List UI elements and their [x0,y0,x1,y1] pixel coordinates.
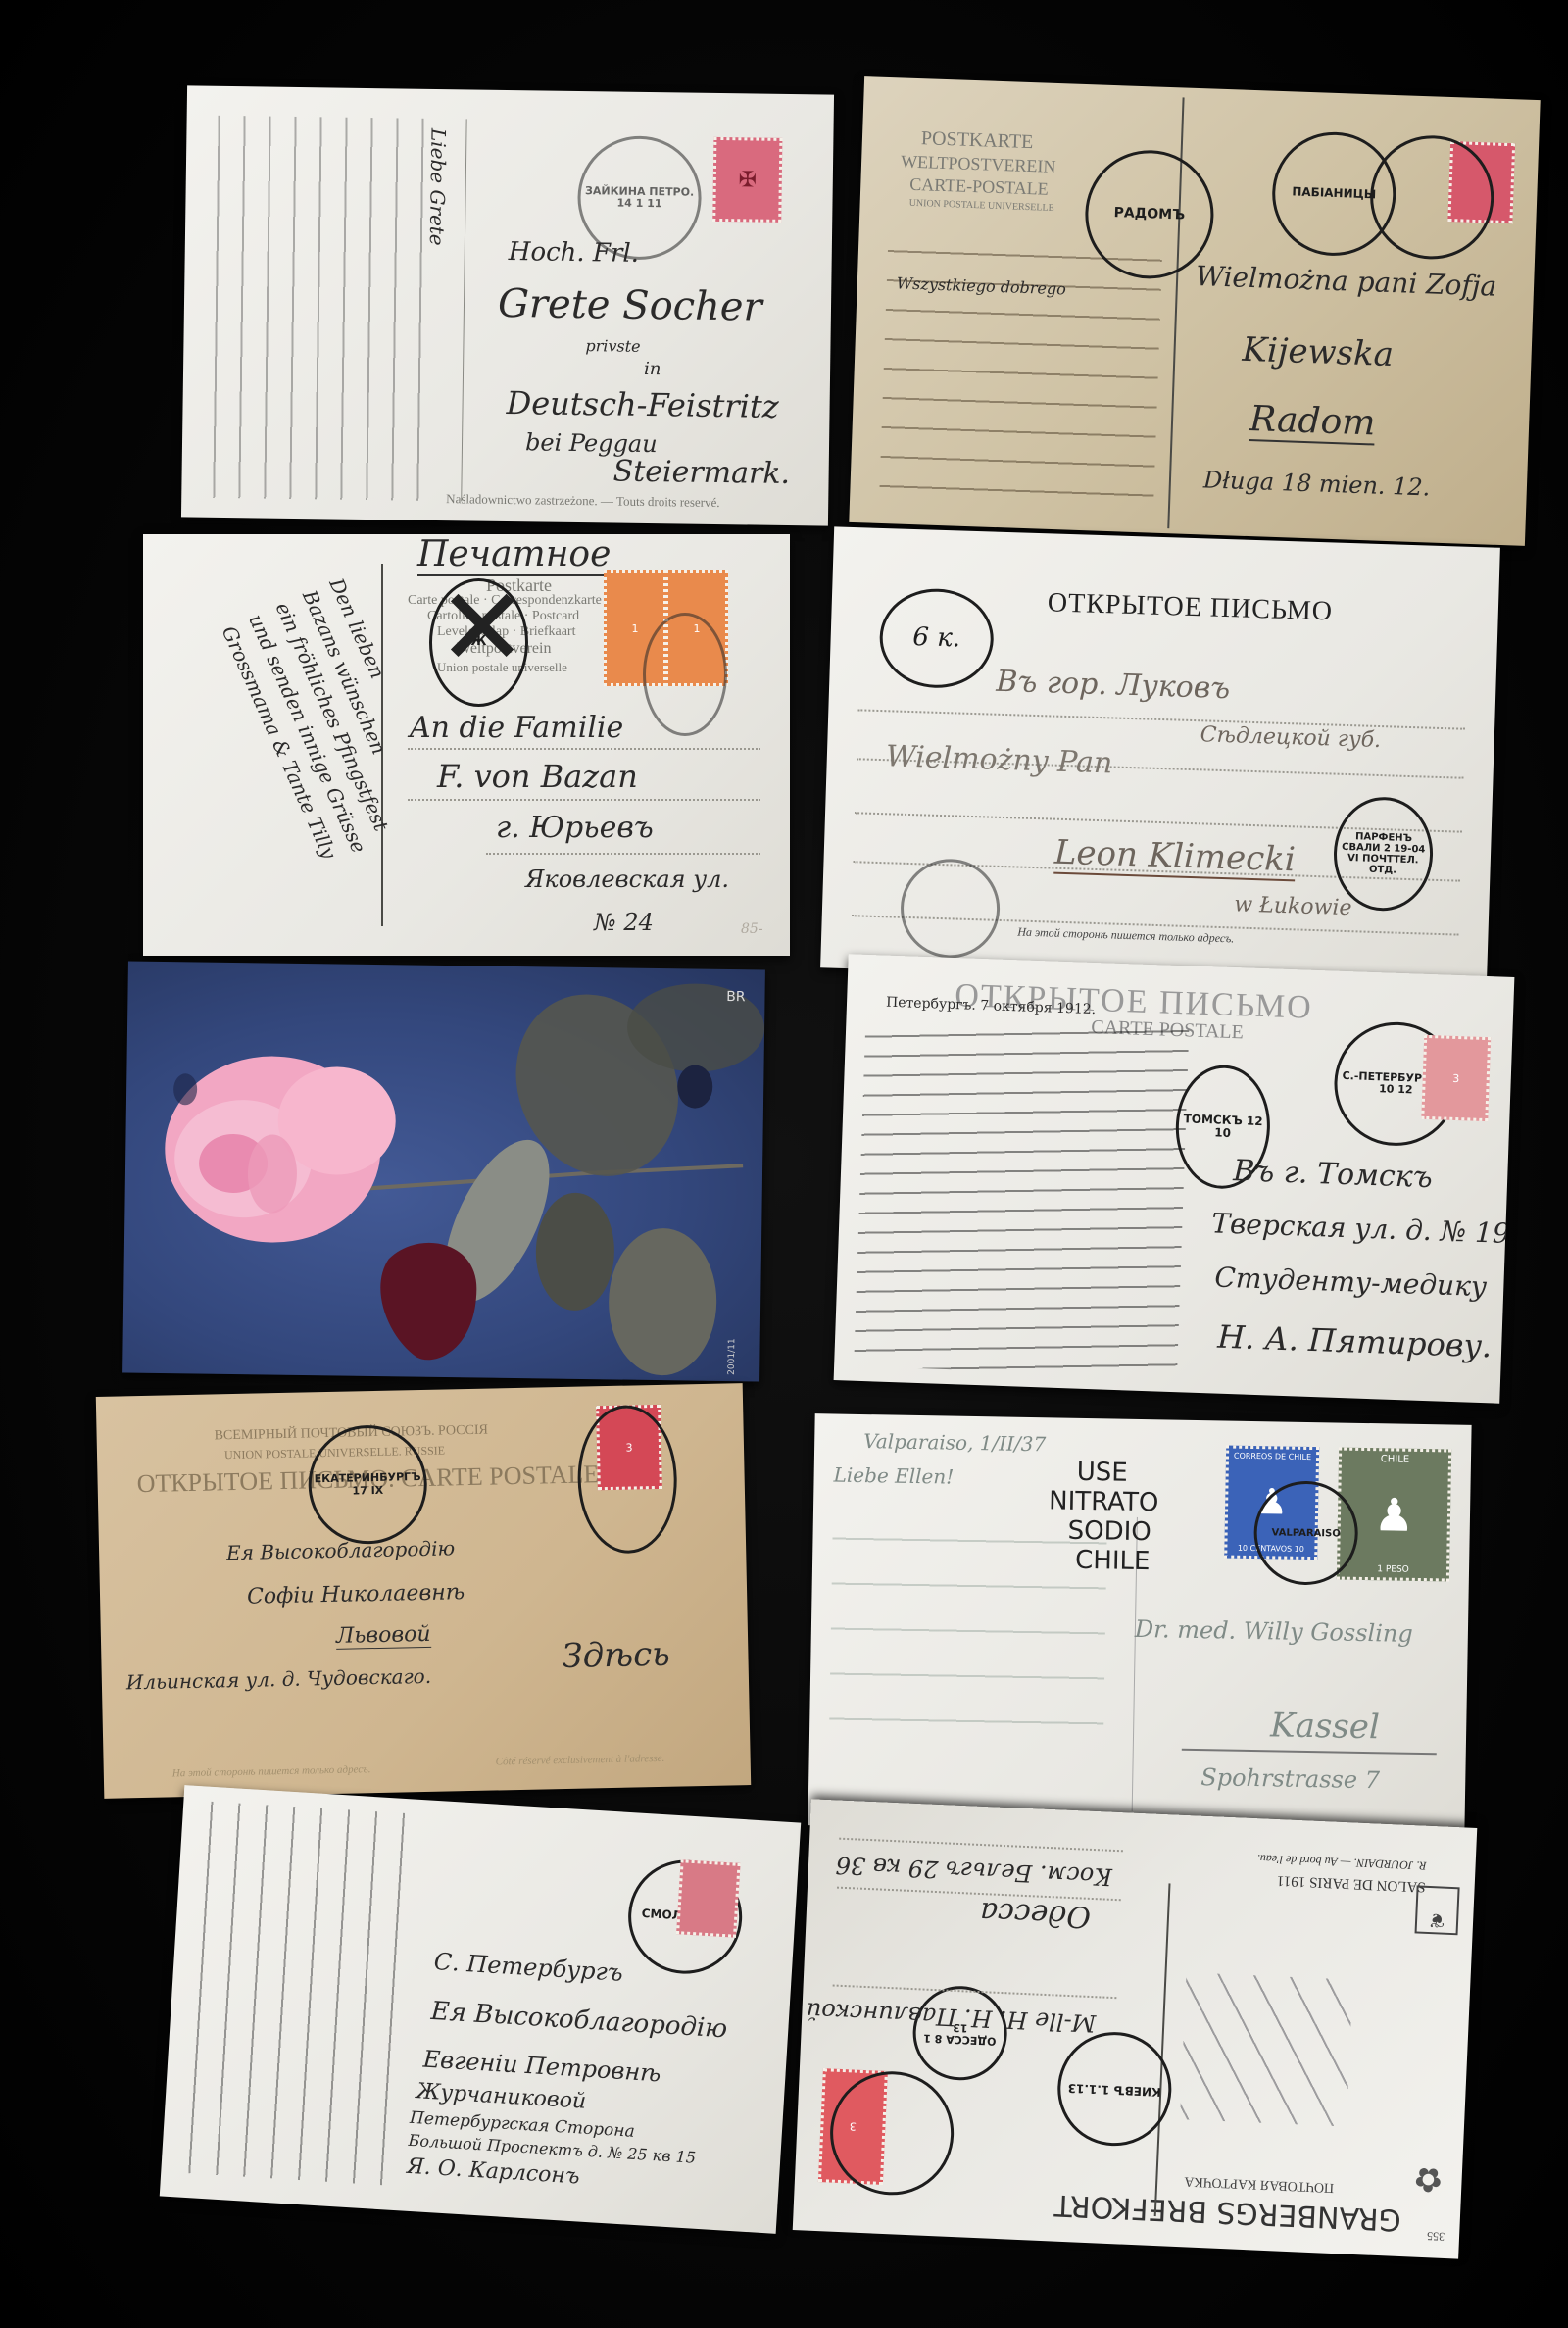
address-line: Студенту-медику [1214,1262,1488,1304]
address-line: Софіи Николаевнѣ [247,1580,465,1610]
address-line: № 24 [594,909,654,936]
postmark-partial [900,858,1002,960]
postmark-odessa: ОДЕССА 8 1 13 [911,1984,1009,2082]
postmark-ekaterinburg: ЕКАТЕРИНБУРГЪ 17 IX [307,1424,428,1546]
portrait-icon: ♟ [1373,1488,1414,1542]
address-line: Grete Socher [498,281,762,330]
address-line: Ильинская ул. д. Чудовскаго. [126,1664,432,1695]
address-line: F. von Bazan [437,758,638,795]
handwriting-block [199,116,439,501]
postage-due-mark: 6 к. [878,587,995,690]
printed-caption: SALON DE PARIS 1911 [1277,1871,1426,1895]
address-line: Въ гор. Луковъ [996,665,1231,706]
printed-header-line: CARTE-POSTALE [909,174,1049,200]
postcard-5-rose-picture: BR 2001/11 [122,961,765,1381]
postmark-ekaterinburg-2 [576,1405,678,1555]
stamp: 3 [1421,1035,1491,1121]
slogan-line: USE [1049,1457,1159,1488]
address-line: Одесса [979,1895,1091,1934]
stamp [676,1859,741,1938]
address-line: Тверская ул. д. № 19 [1211,1207,1510,1250]
printed-header-line: WELTPOSTVEREIN [901,151,1056,177]
printed-footer-left: На этой сторонѣ пишется только адресъ. [172,1763,371,1779]
printed-footer-right: Côté réservé exclusivement à l'adresse. [496,1753,665,1768]
postcard-2: POSTKARTE WELTPOSTVEREIN CARTE-POSTALE U… [849,76,1540,546]
postcard-3: Печатное Postkarte Carte postale · Corre… [143,534,790,956]
printed-header-line: UNION POSTALE UNIVERSELLE [908,198,1053,214]
address-line: Здѣсь [562,1635,670,1676]
postcard-7: ВСЕМІРНЫЙ ПОЧТОВЫЙ СОЮЗЪ. РОССІЯ UNION P… [96,1383,751,1799]
address-line: w Łukowie [1234,892,1352,920]
publisher-mark: BR [726,989,746,1005]
message-handwriting [854,1018,1189,1377]
address-line: С. Петербургъ [433,1948,623,1987]
slogan-line: NITRATO [1049,1486,1159,1517]
address-line: Въ г. Томскъ [1233,1154,1434,1195]
printed-header-line: GRANBERGS BREFKORT [1053,2188,1402,2237]
address-line: Wielmożna pani Zofja [1196,260,1497,303]
address-line: Kassel [1270,1706,1380,1747]
address-line: privste [585,336,640,356]
printed-footer: Naśladownictwo zastrzeżone. — Touts droi… [446,491,720,511]
address-rule [408,799,760,801]
pencil-note: 85- [741,921,763,937]
address-line: Steiermark. [612,455,790,492]
address-line: Сѣдлецкой губ. [1200,722,1381,753]
address-line: Яковлевская ул. [525,866,729,893]
address-line: Журчаниковой [416,2079,587,2114]
address-rule [1182,1749,1437,1756]
postcard-10: GRANBERGS BREFKORT ПОЧТОВАЯ КАРТОЧКА SAL… [793,1799,1478,2258]
address-rule [486,853,760,855]
eagle-emblem-icon: ✠ [738,168,757,192]
printed-header: ОТКРЫТОЕ ПИСЬМО [1047,587,1333,627]
rose-illustration [122,961,765,1381]
postcard-4: ОТКРЫТОЕ ПИСЬМО 6 к. Въ гор. Луковъ Сѣдл… [820,526,1500,988]
address-line: Radom [1249,399,1376,445]
slogan-cancel: USE NITRATO SODIO CHILE [1048,1457,1159,1576]
printed-header-line: ПОЧТОВАЯ КАРТОЧКА [1184,2172,1334,2195]
stamp: ✠ [712,137,782,223]
address-line: Hoch. Frl. [509,237,640,269]
postmark-kiev: КИЕВЪ 1.1.13 [1055,2030,1174,2149]
address-line: г. Юрьевъ [496,811,654,845]
postmark [643,613,727,736]
cross-mark-icon: ✕ [437,573,527,681]
address-line: Ея Высокоблагородію [430,1997,728,2044]
address-line: Н. А. Пятирову. [1217,1318,1493,1365]
address-line: Kijewska [1242,330,1395,374]
black-background: Liebe Grete ЗАЙКИНА ПЕТРО. 14 1 11 ✠ Hoc… [0,0,1568,2328]
postcard-9: СМОЛЕНСКЪ С. Петербургъ Ея Высокоблагоро… [160,1785,801,2234]
printed-header-line: POSTKARTE [921,127,1034,154]
address-line: Długa 18 mien. 12. [1203,466,1431,501]
publisher-monogram-icon: ✿ [1413,2159,1443,2200]
message-dateline: Valparaiso, 1/II/37 [863,1429,1046,1456]
postcard-1: Liebe Grete ЗАЙКИНА ПЕТРО. 14 1 11 ✠ Hoc… [181,85,834,525]
printed-footer: На этой сторонѣ пишется только адресъ. [1017,925,1234,947]
address-rule [839,1838,1123,1853]
address-line: Deutsch-Feistritz [506,384,778,425]
address-line: Leon Klimecki [1053,833,1296,882]
postcard-divider [461,119,466,501]
publisher-logo-icon: ❦ [1415,1885,1460,1935]
address-line: in [644,359,661,379]
postmark: ПАРФЕНЪ СВАЛИ 2 19-04 VI ПОЧТТЕЛ. ОТД. [1332,796,1435,913]
slogan-line: SODIO [1048,1515,1158,1547]
address-line: Львовой [336,1622,431,1650]
address-line: Косм. Бельгъ 29 кв 36 [835,1852,1112,1891]
address-line: Я. О. Карлсонъ [406,2155,580,2190]
address-rule [857,709,1465,729]
address-line: Dr. med. Willy Gossling [1135,1615,1413,1648]
address-line: Spohrstrasse 7 [1200,1763,1380,1794]
postcard-8: Valparaiso, 1/II/37 Liebe Ellen! USE NIT… [808,1413,1471,1837]
slogan-line: CHILE [1048,1545,1158,1576]
message-handwriting [171,1801,418,2186]
publisher-code: 355 [1427,2228,1445,2244]
address-line: bei Peggau [525,428,658,458]
address-line: Wielmożny Pan [885,739,1112,780]
address-line: An die Familie [410,711,623,745]
address-rule [408,748,760,750]
postcard-6: ОТКРЫТОЕ ПИСЬМО CARTE POSTALE Петербургъ… [834,954,1515,1403]
message-greeting: Liebe Ellen! [833,1463,954,1489]
serial-number: 2001/11 [726,1338,737,1375]
printed-caption: R. JOURDAIN. — Au bord de l'eau. [1257,1851,1427,1873]
address-line: Ея Высокоблагородію [226,1536,455,1564]
message-handwriting [1180,1972,1352,2126]
